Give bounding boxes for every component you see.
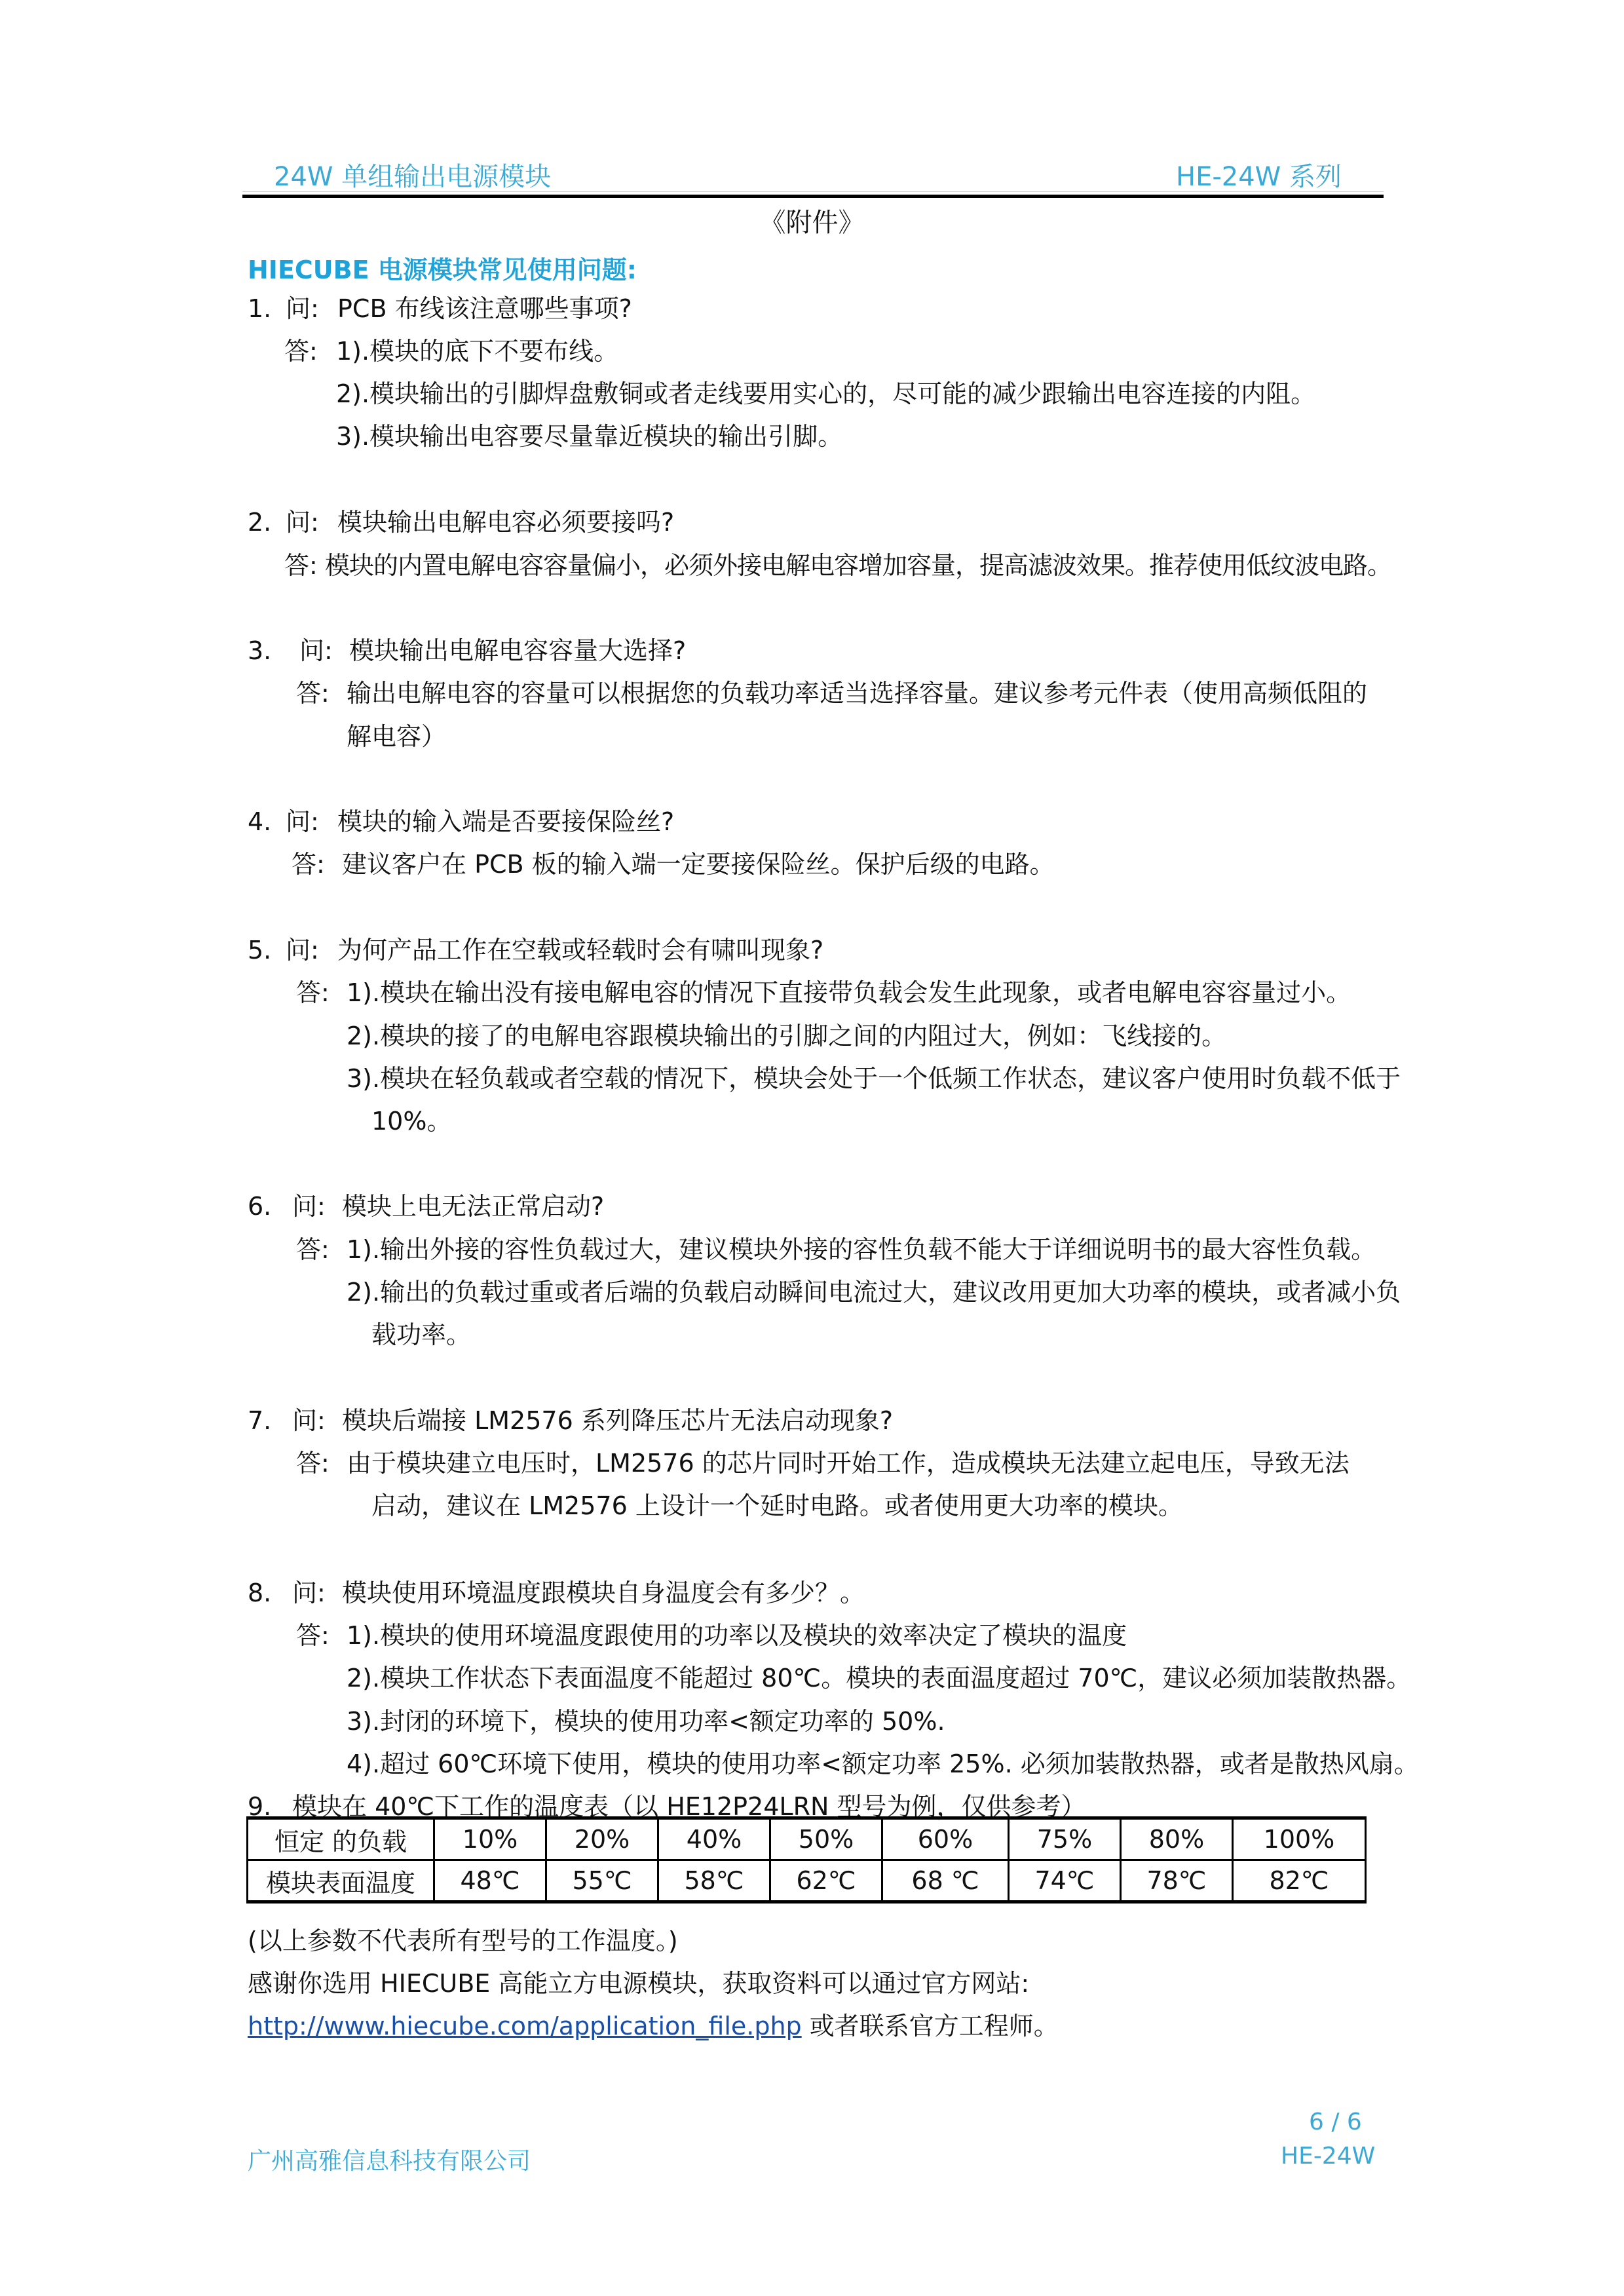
section-heading: HIECUBE 电源模块常见使用问题: xyxy=(248,250,637,286)
question-label: 问: xyxy=(292,1577,326,1609)
answer-label: 答: xyxy=(284,549,318,582)
answer-line: 3).封闭的环境下，模块的使用功率<额定功率的 50%. xyxy=(347,1705,945,1738)
answer-line: 输出电解电容的容量可以根据您的负载功率适当选择容量。建议参考元件表（使用高频低阻… xyxy=(347,677,1367,710)
answer-label: 答: xyxy=(296,1619,330,1652)
row-header-load: 恒定 的负载 xyxy=(248,1818,434,1860)
contact-line: http://www.hiecube.com/application_file.… xyxy=(248,2010,1059,2042)
answer-line: 4).超过 60℃环境下使用，模块的使用功率<额定功率 25%. 必须加装散热器… xyxy=(347,1748,1419,1780)
header-series-title: HE-24W 系列 xyxy=(1176,156,1342,193)
table-cell: 62℃ xyxy=(770,1860,882,1902)
answer-line: 2).模块输出的引脚焊盘敷铜或者走线要用实心的，尽可能的减少跟输出电容连接的内阻… xyxy=(336,377,1315,410)
question-text: 模块使用环境温度跟模块自身温度会有多少？。 xyxy=(342,1577,865,1609)
table-cell: 78℃ xyxy=(1120,1860,1232,1902)
answer-label: 答: xyxy=(296,976,330,1009)
page-number: 6 / 6 xyxy=(1309,2109,1362,2135)
question-label: 问: xyxy=(299,634,333,667)
table-cell: 50% xyxy=(770,1818,882,1860)
table-cell: 40% xyxy=(658,1818,770,1860)
contact-suffix: 或者联系官方工程师。 xyxy=(802,2012,1059,2040)
footer-company: 广州高雅信息科技有限公司 xyxy=(248,2143,531,2176)
table-cell: 10% xyxy=(434,1818,546,1860)
faq-number: 6. xyxy=(248,1190,271,1223)
question-text: 模块上电无法正常启动? xyxy=(342,1190,604,1223)
document-title: 《附件》 xyxy=(0,202,1624,239)
table-cell: 80% xyxy=(1120,1818,1232,1860)
website-link[interactable]: http://www.hiecube.com/application_file.… xyxy=(248,2012,802,2040)
question-text: 模块输出电解电容必须要接吗? xyxy=(337,506,674,539)
faq-number: 7. xyxy=(248,1404,271,1437)
answer-label: 答: xyxy=(296,1233,330,1266)
answer-line: 3).模块在轻负载或者空载的情况下，模块会处于一个低频工作状态，建议客户使用时负… xyxy=(347,1062,1401,1095)
answer-line: 1).模块在输出没有接电解电容的情况下直接带负载会发生此现象，或者电解电容容量过… xyxy=(347,976,1351,1009)
table-cell: 48℃ xyxy=(434,1860,546,1902)
answer-label: 答: xyxy=(296,677,330,710)
table-cell: 74℃ xyxy=(1008,1860,1120,1902)
header-rule xyxy=(242,195,1384,198)
answer-line: 载功率。 xyxy=(371,1318,471,1351)
question-text: 模块输出电解电容容量大选择? xyxy=(349,634,686,667)
thanks-text: 感谢你选用 HIECUBE 高能立方电源模块，获取资料可以通过官方网站: xyxy=(248,1967,1029,2000)
table-note: (以上参数不代表所有型号的工作温度。) xyxy=(248,1924,678,1957)
header-product-title: 24W 单组输出电源模块 xyxy=(274,156,551,193)
answer-line: 启动，建议在 LM2576 上设计一个延时电路。或者使用更大功率的模块。 xyxy=(371,1489,1183,1522)
table-row-load: 恒定 的负载 10% 20% 40% 50% 60% 75% 80% 100% xyxy=(248,1818,1366,1860)
question-text: 模块的输入端是否要接保险丝? xyxy=(337,805,674,838)
answer-line: 1).模块的底下不要布线。 xyxy=(336,335,618,368)
table-cell: 20% xyxy=(546,1818,658,1860)
table-cell: 60% xyxy=(882,1818,1009,1860)
question-label: 问: xyxy=(286,506,319,539)
temperature-table: 恒定 的负载 10% 20% 40% 50% 60% 75% 80% 100% … xyxy=(246,1816,1367,1904)
table-cell: 100% xyxy=(1232,1818,1365,1860)
answer-line: 模块的内置电解电容容量偏小，必须外接电解电容增加容量，提高滤波效果。推荐使用低纹… xyxy=(325,549,1391,582)
table-cell: 68 ℃ xyxy=(882,1860,1009,1902)
faq-number: 1. xyxy=(248,292,271,325)
table-cell: 82℃ xyxy=(1232,1860,1365,1902)
footer-model: HE-24W xyxy=(1281,2143,1375,2170)
answer-line: 建议客户在 PCB 板的输入端一定要接保险丝。保护后级的电路。 xyxy=(342,848,1055,881)
faq-number: 2. xyxy=(248,506,271,539)
answer-line: 1).模块的使用环境温度跟使用的功率以及模块的效率决定了模块的温度 xyxy=(347,1619,1127,1652)
faq-number: 4. xyxy=(248,805,271,838)
question-label: 问: xyxy=(286,805,319,838)
question-text: 为何产品工作在空载或轻载时会有啸叫现象? xyxy=(337,934,823,966)
answer-line: 3).模块输出电容要尽量靠近模块的输出引脚。 xyxy=(336,420,842,453)
question-label: 问: xyxy=(286,292,319,325)
table-row-temperature: 模块表面温度 48℃ 55℃ 58℃ 62℃ 68 ℃ 74℃ 78℃ 82℃ xyxy=(248,1860,1366,1902)
answer-line: 2).输出的负载过重或者后端的负载启动瞬间电流过大，建议改用更加大功率的模块，或… xyxy=(347,1276,1401,1309)
answer-label: 答: xyxy=(284,335,318,368)
header-rule-thin xyxy=(242,191,1384,192)
question-label: 问: xyxy=(292,1190,326,1223)
row-header-temperature: 模块表面温度 xyxy=(248,1860,434,1902)
answer-line: 2).模块工作状态下表面温度不能超过 80℃。模块的表面温度超过 70℃，建议必… xyxy=(347,1662,1411,1694)
faq-number: 5. xyxy=(248,934,271,966)
answer-label: 答: xyxy=(296,1447,330,1480)
table-cell: 55℃ xyxy=(546,1860,658,1902)
table-cell: 58℃ xyxy=(658,1860,770,1902)
question-label: 问: xyxy=(286,934,319,966)
answer-line: 解电容） xyxy=(347,720,446,753)
table-cell: 75% xyxy=(1008,1818,1120,1860)
question-text: PCB 布线该注意哪些事项? xyxy=(337,292,632,325)
faq-number: 3. xyxy=(248,634,271,667)
faq-number: 8. xyxy=(248,1577,271,1609)
answer-line: 由于模块建立电压时，LM2576 的芯片同时开始工作，造成模块无法建立起电压，导… xyxy=(347,1447,1350,1480)
answer-label: 答: xyxy=(292,848,325,881)
answer-line: 1).输出外接的容性负载过大，建议模块外接的容性负载不能大于详细说明书的最大容性… xyxy=(347,1233,1376,1266)
answer-line: 2).模块的接了的电解电容跟模块输出的引脚之间的内阻过大，例如：飞线接的。 xyxy=(347,1020,1226,1052)
question-text: 模块后端接 LM2576 系列降压芯片无法启动现象? xyxy=(342,1404,893,1437)
question-label: 问: xyxy=(292,1404,326,1437)
answer-line: 10%。 xyxy=(371,1105,451,1138)
